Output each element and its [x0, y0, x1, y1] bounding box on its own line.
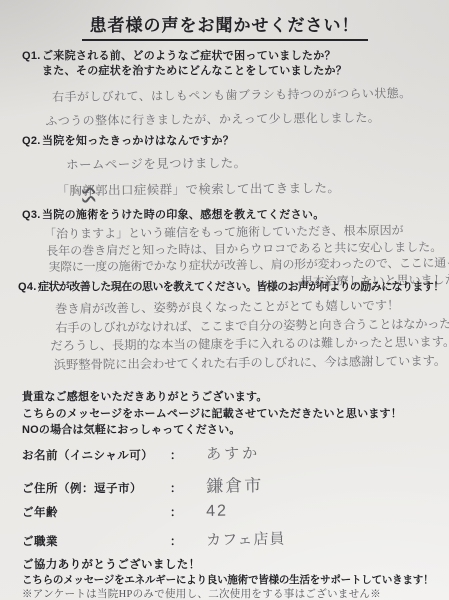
question-2-text-line-1: 当院を知ったきっかけはなんですか？	[42, 134, 234, 149]
question-4-answer: 巻き肩が改善し、姿勢が良くなったことがとても嬉しいです！ 右手のしびれがなければ…	[55, 296, 449, 374]
name-field-label: お名前（イニシャル可）	[22, 447, 170, 463]
name-field-colon: ：	[170, 450, 182, 462]
occupation-field-colon: ：	[170, 536, 182, 548]
occupation-field-label: ご職業	[22, 533, 170, 549]
question-3: Q3. 当院の施術をうけた時の印象、感想を教えてください。	[22, 208, 325, 223]
handwritten-line: ふつうの整体に行きましたが、かえって少し悪化しました。	[45, 105, 412, 133]
question-2-answer: ホームページを見つけました。 「胸郭郭出口症候群」で検索して出てきました。	[66, 149, 340, 204]
handwritten-segment: 郭出口症候群」で検索して出てきました。	[95, 181, 340, 198]
age-field-label: ご年齢	[22, 504, 170, 520]
closing-line-2: こちらのメッセージをエネルギーにより良い施術で皆様の生活をサポートしていきます！	[22, 572, 433, 587]
handwritten-line: ホームページを見つけました。	[66, 149, 340, 178]
consent-note-line-1: 貴重なご感想をいただきありがとうございます。	[22, 389, 402, 406]
name-field-value: あすか	[206, 442, 260, 464]
title-row: 患者様の声をお聞かせください！	[0, 11, 449, 41]
occupation-field-value: カフェ店員	[206, 528, 286, 550]
name-field-row: お名前（イニシャル可）： あすか	[22, 443, 260, 464]
address-field-colon: ：	[170, 483, 182, 495]
occupation-field-row: ご職業： カフェ店員	[22, 529, 285, 550]
handwritten-segment: 「胸	[56, 184, 82, 198]
consent-note-line-3: NOの場合は気軽におっしゃってください。	[22, 422, 402, 439]
closing-line-1: ご協力ありがとうございました！	[22, 556, 201, 572]
questionnaire-sheet: 患者様の声をお聞かせください！ Q1. ご来院される前、どのようなご症状で困って…	[0, 0, 449, 600]
crossed-out-character: 郭	[82, 184, 95, 198]
age-field-row: ご年齢： 42	[22, 503, 228, 521]
age-field-colon: ：	[170, 507, 182, 519]
question-4: Q4. 症状が改善した現在の思いを教えてください。皆様のお声が何よりの励みになり…	[18, 280, 444, 295]
question-1-number: Q1.	[22, 49, 41, 64]
question-2: Q2. 当院を知ったきっかけはなんですか？	[22, 134, 234, 149]
question-4-number: Q4.	[18, 280, 37, 295]
question-4-text-line-1: 症状が改善した現在の思いを教えてください。皆様のお声が何よりの励みになります！	[38, 280, 444, 295]
question-1-text-line-1: ご来院される前、どのようなご症状で困っていましたか？	[42, 49, 347, 64]
page-title: 患者様の声をお聞かせください！	[82, 11, 368, 41]
address-field-row: ご住所（例：逗子市）： 鎌倉市	[22, 472, 263, 497]
question-3-text-line-1: 当院の施術をうけた時の印象、感想を教えてください。	[42, 208, 325, 223]
question-1-answer: 右手がしびれて、はしもペンも歯ブラシも持つのがつらい状態。 ふつうの整体に行きま…	[52, 81, 412, 133]
address-field-label: ご住所（例：逗子市）	[22, 480, 170, 496]
address-field-value: 鎌倉市	[206, 471, 263, 497]
consent-note: 貴重なご感想をいただきありがとうございます。 こちらのメッセージをホームページに…	[22, 389, 402, 439]
question-1-text-line-2: また、その症状を治すためにどんなことをしていましたか？	[42, 64, 347, 79]
question-1: Q1. ご来院される前、どのようなご症状で困っていましたか？ また、その症状を治…	[22, 49, 347, 79]
question-2-number: Q2.	[22, 134, 41, 149]
question-3-number: Q3.	[22, 208, 41, 223]
handwritten-line: 浜野整骨院に出会わせてくれた右手のしびれに、今は感謝しています。	[54, 351, 449, 374]
age-field-value: 42	[206, 503, 228, 521]
consent-note-line-2: こちらのメッセージをホームページに記載させていただきたいと思います！	[22, 406, 402, 423]
usage-note: ※アンケートは当院HPのみで使用し、二次使用をする事はございません※	[22, 586, 381, 600]
